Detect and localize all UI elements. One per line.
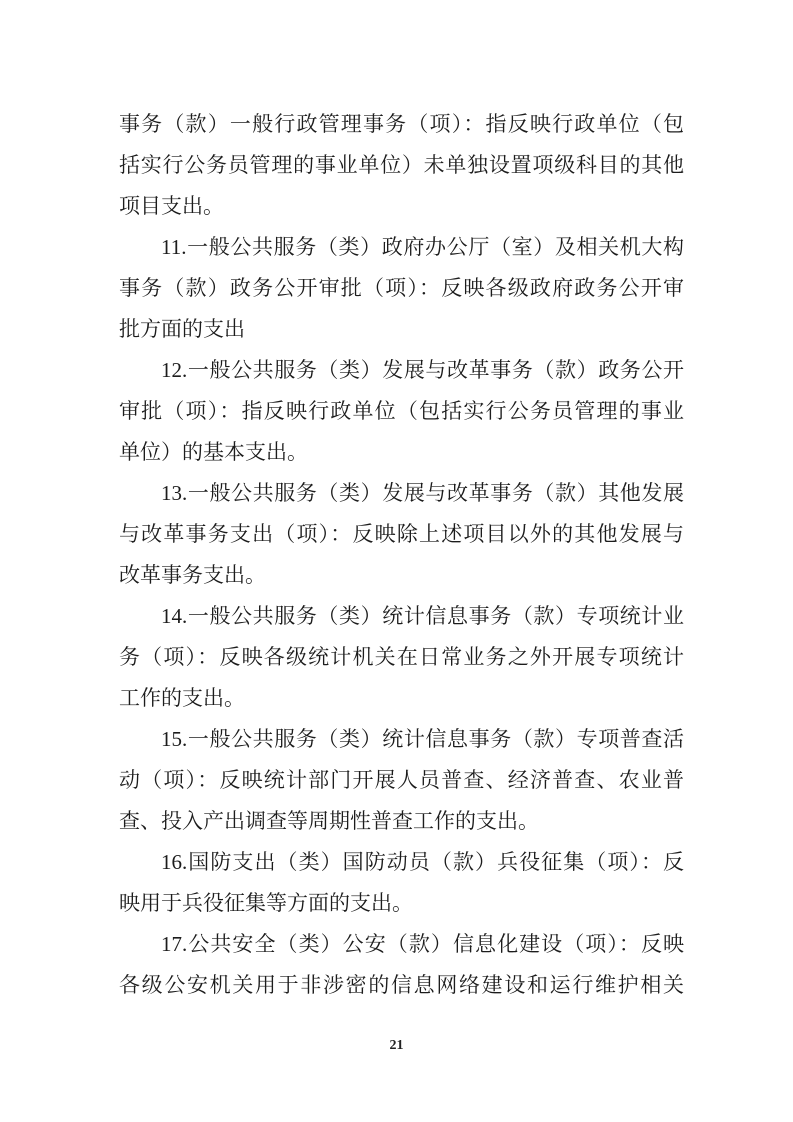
text-line: 17.公共安全（类）公安（款）信息化建设（项）：反映 (119, 924, 684, 965)
text-line: 改革事务支出。 (119, 555, 684, 596)
paragraph: 15.一般公共服务（类）统计信息事务（款）专项普查活动（项）：反映统计部门开展人… (119, 719, 684, 842)
text-line: 事务（款）一般行政管理事务（项）：指反映行政单位（包 (119, 104, 684, 145)
text-line: 动（项）：反映统计部门开展人员普查、经济普查、农业普 (119, 760, 684, 801)
paragraph: 16.国防支出（类）国防动员（款）兵役征集（项）：反映用于兵役征集等方面的支出。 (119, 842, 684, 924)
text-line: 括实行公务员管理的事业单位）未单独设置项级科目的其他 (119, 145, 684, 186)
text-line: 项目支出。 (119, 186, 684, 227)
text-line: 工作的支出。 (119, 678, 684, 719)
text-line: 各级公安机关用于非涉密的信息网络建设和运行维护相关 (119, 965, 684, 1006)
text-line: 务（项）：反映各级统计机关在日常业务之外开展专项统计 (119, 637, 684, 678)
text-line: 12.一般公共服务（类）发展与改革事务（款）政务公开 (119, 350, 684, 391)
text-line: 16.国防支出（类）国防动员（款）兵役征集（项）：反 (119, 842, 684, 883)
paragraph: 11.一般公共服务（类）政府办公厅（室）及相关机大构事务（款）政务公开审批（项）… (119, 227, 684, 350)
paragraph: 事务（款）一般行政管理事务（项）：指反映行政单位（包括实行公务员管理的事业单位）… (119, 104, 684, 227)
text-line: 11.一般公共服务（类）政府办公厅（室）及相关机大构 (119, 227, 684, 268)
text-line: 13.一般公共服务（类）发展与改革事务（款）其他发展 (119, 473, 684, 514)
text-line: 单位）的基本支出。 (119, 432, 684, 473)
page-number: 21 (0, 1038, 793, 1054)
text-line: 15.一般公共服务（类）统计信息事务（款）专项普查活 (119, 719, 684, 760)
text-line: 查、投入产出调查等周期性普查工作的支出。 (119, 801, 684, 842)
text-line: 与改革事务支出（项）：反映除上述项目以外的其他发展与 (119, 514, 684, 555)
paragraph: 17.公共安全（类）公安（款）信息化建设（项）：反映各级公安机关用于非涉密的信息… (119, 924, 684, 1006)
document-body: 事务（款）一般行政管理事务（项）：指反映行政单位（包括实行公务员管理的事业单位）… (119, 104, 684, 1006)
document-page: 事务（款）一般行政管理事务（项）：指反映行政单位（包括实行公务员管理的事业单位）… (0, 0, 793, 1122)
paragraph: 14.一般公共服务（类）统计信息事务（款）专项统计业务（项）：反映各级统计机关在… (119, 596, 684, 719)
paragraph: 13.一般公共服务（类）发展与改革事务（款）其他发展与改革事务支出（项）：反映除… (119, 473, 684, 596)
text-line: 批方面的支出 (119, 309, 684, 350)
text-line: 审批（项）：指反映行政单位（包括实行公务员管理的事业 (119, 391, 684, 432)
text-line: 事务（款）政务公开审批（项）：反映各级政府政务公开审 (119, 268, 684, 309)
paragraph: 12.一般公共服务（类）发展与改革事务（款）政务公开审批（项）：指反映行政单位（… (119, 350, 684, 473)
text-line: 14.一般公共服务（类）统计信息事务（款）专项统计业 (119, 596, 684, 637)
text-line: 映用于兵役征集等方面的支出。 (119, 883, 684, 924)
